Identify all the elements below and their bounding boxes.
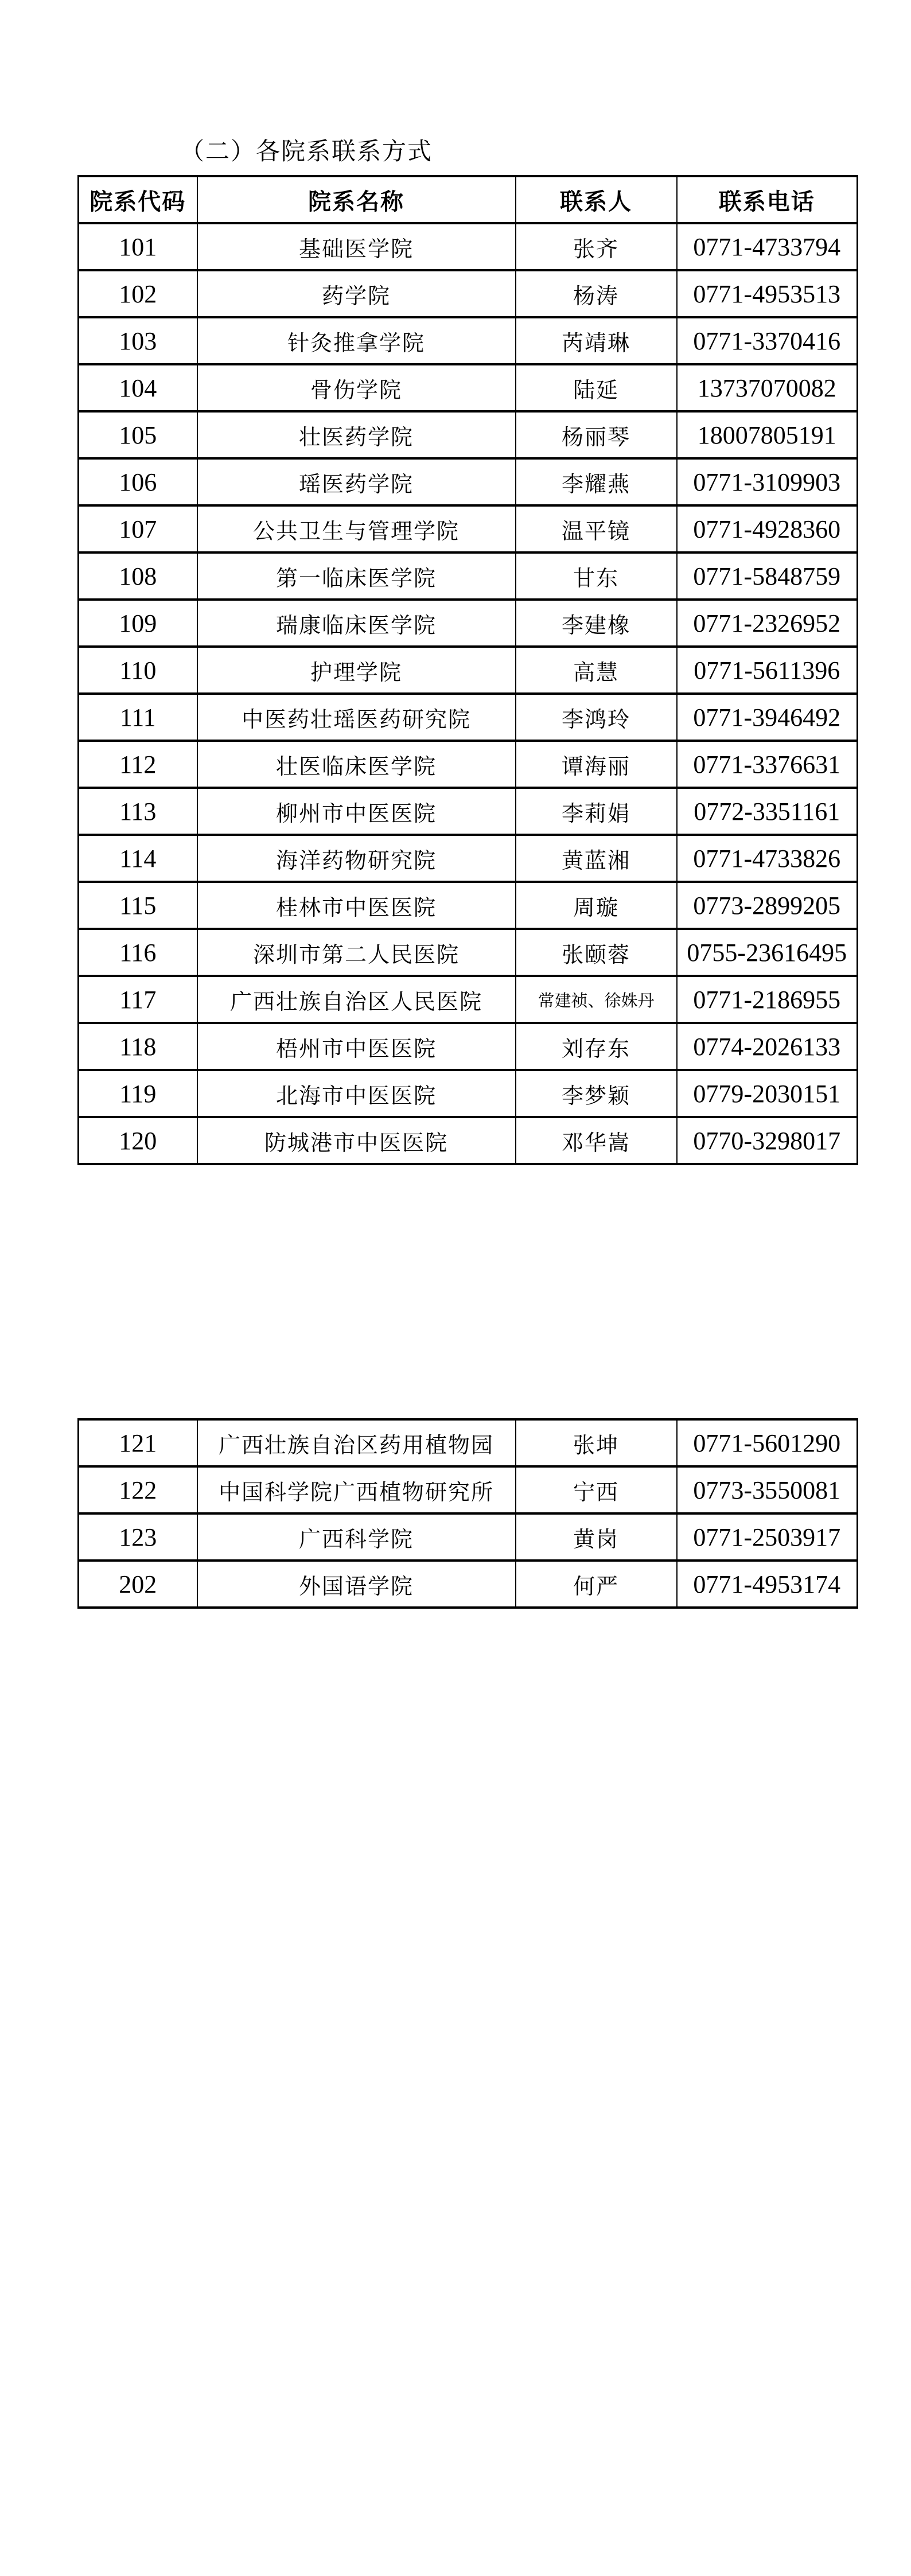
dept-name-cell: 柳州市中医医院 bbox=[197, 788, 516, 835]
dept-name-cell: 壮医临床医学院 bbox=[197, 741, 516, 788]
table-row: 123广西科学院黄岗0771-2503917 bbox=[79, 1513, 858, 1561]
dept-code-cell: 115 bbox=[79, 882, 197, 929]
contact-phone-cell: 0771-3109903 bbox=[677, 458, 858, 505]
contact-phone-cell: 0771-4953174 bbox=[677, 1561, 858, 1608]
contact-phone-cell: 0773-2899205 bbox=[677, 882, 858, 929]
table-row: 104骨伤学院陆延13737070082 bbox=[79, 364, 858, 411]
contact-person-cell: 何严 bbox=[516, 1561, 677, 1608]
dept-name-cell: 梧州市中医医院 bbox=[197, 1023, 516, 1070]
dept-name-cell: 基础医学院 bbox=[197, 223, 516, 270]
dept-name-cell: 壮医药学院 bbox=[197, 411, 516, 458]
contact-person-cell: 杨丽琴 bbox=[516, 411, 677, 458]
dept-code-cell: 110 bbox=[79, 647, 197, 694]
dept-name-cell: 广西壮族自治区人民医院 bbox=[197, 976, 516, 1023]
contact-phone-cell: 0771-4953513 bbox=[677, 270, 858, 317]
dept-name-cell: 防城港市中医医院 bbox=[197, 1117, 516, 1164]
contact-person-cell: 芮靖琳 bbox=[516, 317, 677, 364]
table-row: 110护理学院高慧0771-5611396 bbox=[79, 647, 858, 694]
contact-person-cell: 谭海丽 bbox=[516, 741, 677, 788]
dept-name-cell: 深圳市第二人民医院 bbox=[197, 929, 516, 976]
table-row: 118梧州市中医医院刘存东0774-2026133 bbox=[79, 1023, 858, 1070]
contact-phone-cell: 0771-4733826 bbox=[677, 835, 858, 882]
dept-name-cell: 护理学院 bbox=[197, 647, 516, 694]
contact-person-cell: 张齐 bbox=[516, 223, 677, 270]
contact-person-cell: 宁西 bbox=[516, 1466, 677, 1513]
dept-code-cell: 103 bbox=[79, 317, 197, 364]
dept-code-cell: 123 bbox=[79, 1513, 197, 1561]
dept-code-cell: 122 bbox=[79, 1466, 197, 1513]
contact-phone-cell: 0770-3298017 bbox=[677, 1117, 858, 1164]
dept-code-cell: 121 bbox=[79, 1419, 197, 1466]
contact-person-cell: 杨涛 bbox=[516, 270, 677, 317]
dept-code-cell: 106 bbox=[79, 458, 197, 505]
contact-person-cell: 李建橡 bbox=[516, 600, 677, 647]
department-contact-table: 院系代码 院系名称 联系人 联系电话 101基础医学院张齐0771-473379… bbox=[77, 175, 858, 1165]
dept-name-cell: 中国科学院广西植物研究所 bbox=[197, 1466, 516, 1513]
table-row: 106瑶医药学院李耀燕0771-3109903 bbox=[79, 458, 858, 505]
contact-person-cell: 常建祯、徐姝丹 bbox=[516, 976, 677, 1023]
contact-phone-cell: 18007805191 bbox=[677, 411, 858, 458]
dept-code-cell: 101 bbox=[79, 223, 197, 270]
dept-name-cell: 桂林市中医医院 bbox=[197, 882, 516, 929]
contact-phone-cell: 0771-2186955 bbox=[677, 976, 858, 1023]
contact-person-cell: 张坤 bbox=[516, 1419, 677, 1466]
dept-name-cell: 海洋药物研究院 bbox=[197, 835, 516, 882]
dept-name-cell: 针灸推拿学院 bbox=[197, 317, 516, 364]
dept-code-cell: 119 bbox=[79, 1070, 197, 1117]
contact-person-cell: 李鸿玲 bbox=[516, 694, 677, 741]
contact-phone-cell: 0771-5601290 bbox=[677, 1419, 858, 1466]
table-row: 102药学院杨涛0771-4953513 bbox=[79, 270, 858, 317]
contact-phone-cell: 0773-3550081 bbox=[677, 1466, 858, 1513]
header-dept-name: 院系名称 bbox=[197, 176, 516, 223]
dept-code-cell: 120 bbox=[79, 1117, 197, 1164]
contact-person-cell: 温平镜 bbox=[516, 505, 677, 552]
contact-person-cell: 周璇 bbox=[516, 882, 677, 929]
dept-code-cell: 105 bbox=[79, 411, 197, 458]
table-row: 108第一临床医学院甘东0771-5848759 bbox=[79, 552, 858, 600]
table-row: 113柳州市中医医院李莉娟0772-3351161 bbox=[79, 788, 858, 835]
department-contact-table-continued: 121广西壮族自治区药用植物园张坤0771-5601290122中国科学院广西植… bbox=[77, 1418, 858, 1609]
table-row: 121广西壮族自治区药用植物园张坤0771-5601290 bbox=[79, 1419, 858, 1466]
contact-phone-cell: 0771-2326952 bbox=[677, 600, 858, 647]
contact-person-cell: 李梦颖 bbox=[516, 1070, 677, 1117]
table2-body: 121广西壮族自治区药用植物园张坤0771-5601290122中国科学院广西植… bbox=[79, 1419, 858, 1608]
table-row: 109瑞康临床医学院李建橡0771-2326952 bbox=[79, 600, 858, 647]
header-contact-phone: 联系电话 bbox=[677, 176, 858, 223]
table-row: 112壮医临床医学院谭海丽0771-3376631 bbox=[79, 741, 858, 788]
table-row: 114海洋药物研究院黄蓝湘0771-4733826 bbox=[79, 835, 858, 882]
dept-code-cell: 112 bbox=[79, 741, 197, 788]
contact-phone-cell: 0755-23616495 bbox=[677, 929, 858, 976]
contact-phone-cell: 0772-3351161 bbox=[677, 788, 858, 835]
contact-person-cell: 黄蓝湘 bbox=[516, 835, 677, 882]
contact-person-cell: 刘存东 bbox=[516, 1023, 677, 1070]
dept-code-cell: 114 bbox=[79, 835, 197, 882]
dept-code-cell: 111 bbox=[79, 694, 197, 741]
contact-person-cell: 高慧 bbox=[516, 647, 677, 694]
table-row: 103针灸推拿学院芮靖琳0771-3370416 bbox=[79, 317, 858, 364]
table1-body: 101基础医学院张齐0771-4733794102药学院杨涛0771-49535… bbox=[79, 223, 858, 1164]
contact-phone-cell: 0771-3370416 bbox=[677, 317, 858, 364]
contact-phone-cell: 0771-4928360 bbox=[677, 505, 858, 552]
dept-code-cell: 118 bbox=[79, 1023, 197, 1070]
dept-code-cell: 107 bbox=[79, 505, 197, 552]
dept-name-cell: 药学院 bbox=[197, 270, 516, 317]
table-row: 115桂林市中医医院周璇0773-2899205 bbox=[79, 882, 858, 929]
contact-person-cell: 黄岗 bbox=[516, 1513, 677, 1561]
table-row: 101基础医学院张齐0771-4733794 bbox=[79, 223, 858, 270]
dept-name-cell: 第一临床医学院 bbox=[197, 552, 516, 600]
contact-person-cell: 陆延 bbox=[516, 364, 677, 411]
contact-phone-cell: 0774-2026133 bbox=[677, 1023, 858, 1070]
dept-name-cell: 中医药壮瑶医药研究院 bbox=[197, 694, 516, 741]
table-row: 111中医药壮瑶医药研究院李鸿玲0771-3946492 bbox=[79, 694, 858, 741]
dept-name-cell: 北海市中医医院 bbox=[197, 1070, 516, 1117]
contact-phone-cell: 0771-2503917 bbox=[677, 1513, 858, 1561]
contact-phone-cell: 0771-3946492 bbox=[677, 694, 858, 741]
dept-name-cell: 瑶医药学院 bbox=[197, 458, 516, 505]
table-row: 122中国科学院广西植物研究所宁西0773-3550081 bbox=[79, 1466, 858, 1513]
dept-code-cell: 117 bbox=[79, 976, 197, 1023]
dept-code-cell: 109 bbox=[79, 600, 197, 647]
dept-name-cell: 广西壮族自治区药用植物园 bbox=[197, 1419, 516, 1466]
table-row: 107公共卫生与管理学院温平镜0771-4928360 bbox=[79, 505, 858, 552]
dept-code-cell: 102 bbox=[79, 270, 197, 317]
contact-phone-cell: 0771-4733794 bbox=[677, 223, 858, 270]
contact-person-cell: 甘东 bbox=[516, 552, 677, 600]
contact-phone-cell: 0771-5611396 bbox=[677, 647, 858, 694]
table-header-row: 院系代码 院系名称 联系人 联系电话 bbox=[79, 176, 858, 223]
header-contact-person: 联系人 bbox=[516, 176, 677, 223]
contact-person-cell: 李耀燕 bbox=[516, 458, 677, 505]
table-row: 119北海市中医医院李梦颖0779-2030151 bbox=[79, 1070, 858, 1117]
table-row: 202外国语学院何严0771-4953174 bbox=[79, 1561, 858, 1608]
dept-name-cell: 瑞康临床医学院 bbox=[197, 600, 516, 647]
dept-code-cell: 108 bbox=[79, 552, 197, 600]
table-row: 116深圳市第二人民医院张颐蓉0755-23616495 bbox=[79, 929, 858, 976]
section-title: （二）各院系联系方式 bbox=[180, 135, 433, 169]
contact-phone-cell: 0779-2030151 bbox=[677, 1070, 858, 1117]
dept-code-cell: 116 bbox=[79, 929, 197, 976]
dept-name-cell: 公共卫生与管理学院 bbox=[197, 505, 516, 552]
table-row: 105壮医药学院杨丽琴18007805191 bbox=[79, 411, 858, 458]
contact-person-cell: 张颐蓉 bbox=[516, 929, 677, 976]
contact-phone-cell: 13737070082 bbox=[677, 364, 858, 411]
contact-phone-cell: 0771-5848759 bbox=[677, 552, 858, 600]
table-row: 120防城港市中医医院邓华嵩0770-3298017 bbox=[79, 1117, 858, 1164]
document-page: （二）各院系联系方式 院系代码 院系名称 联系人 联系电话 101基础医学院张齐… bbox=[0, 0, 911, 2576]
dept-code-cell: 104 bbox=[79, 364, 197, 411]
dept-name-cell: 外国语学院 bbox=[197, 1561, 516, 1608]
header-dept-code: 院系代码 bbox=[79, 176, 197, 223]
dept-name-cell: 广西科学院 bbox=[197, 1513, 516, 1561]
dept-code-cell: 113 bbox=[79, 788, 197, 835]
table-row: 117广西壮族自治区人民医院常建祯、徐姝丹0771-2186955 bbox=[79, 976, 858, 1023]
dept-name-cell: 骨伤学院 bbox=[197, 364, 516, 411]
contact-person-cell: 邓华嵩 bbox=[516, 1117, 677, 1164]
contact-phone-cell: 0771-3376631 bbox=[677, 741, 858, 788]
contact-person-cell: 李莉娟 bbox=[516, 788, 677, 835]
dept-code-cell: 202 bbox=[79, 1561, 197, 1608]
